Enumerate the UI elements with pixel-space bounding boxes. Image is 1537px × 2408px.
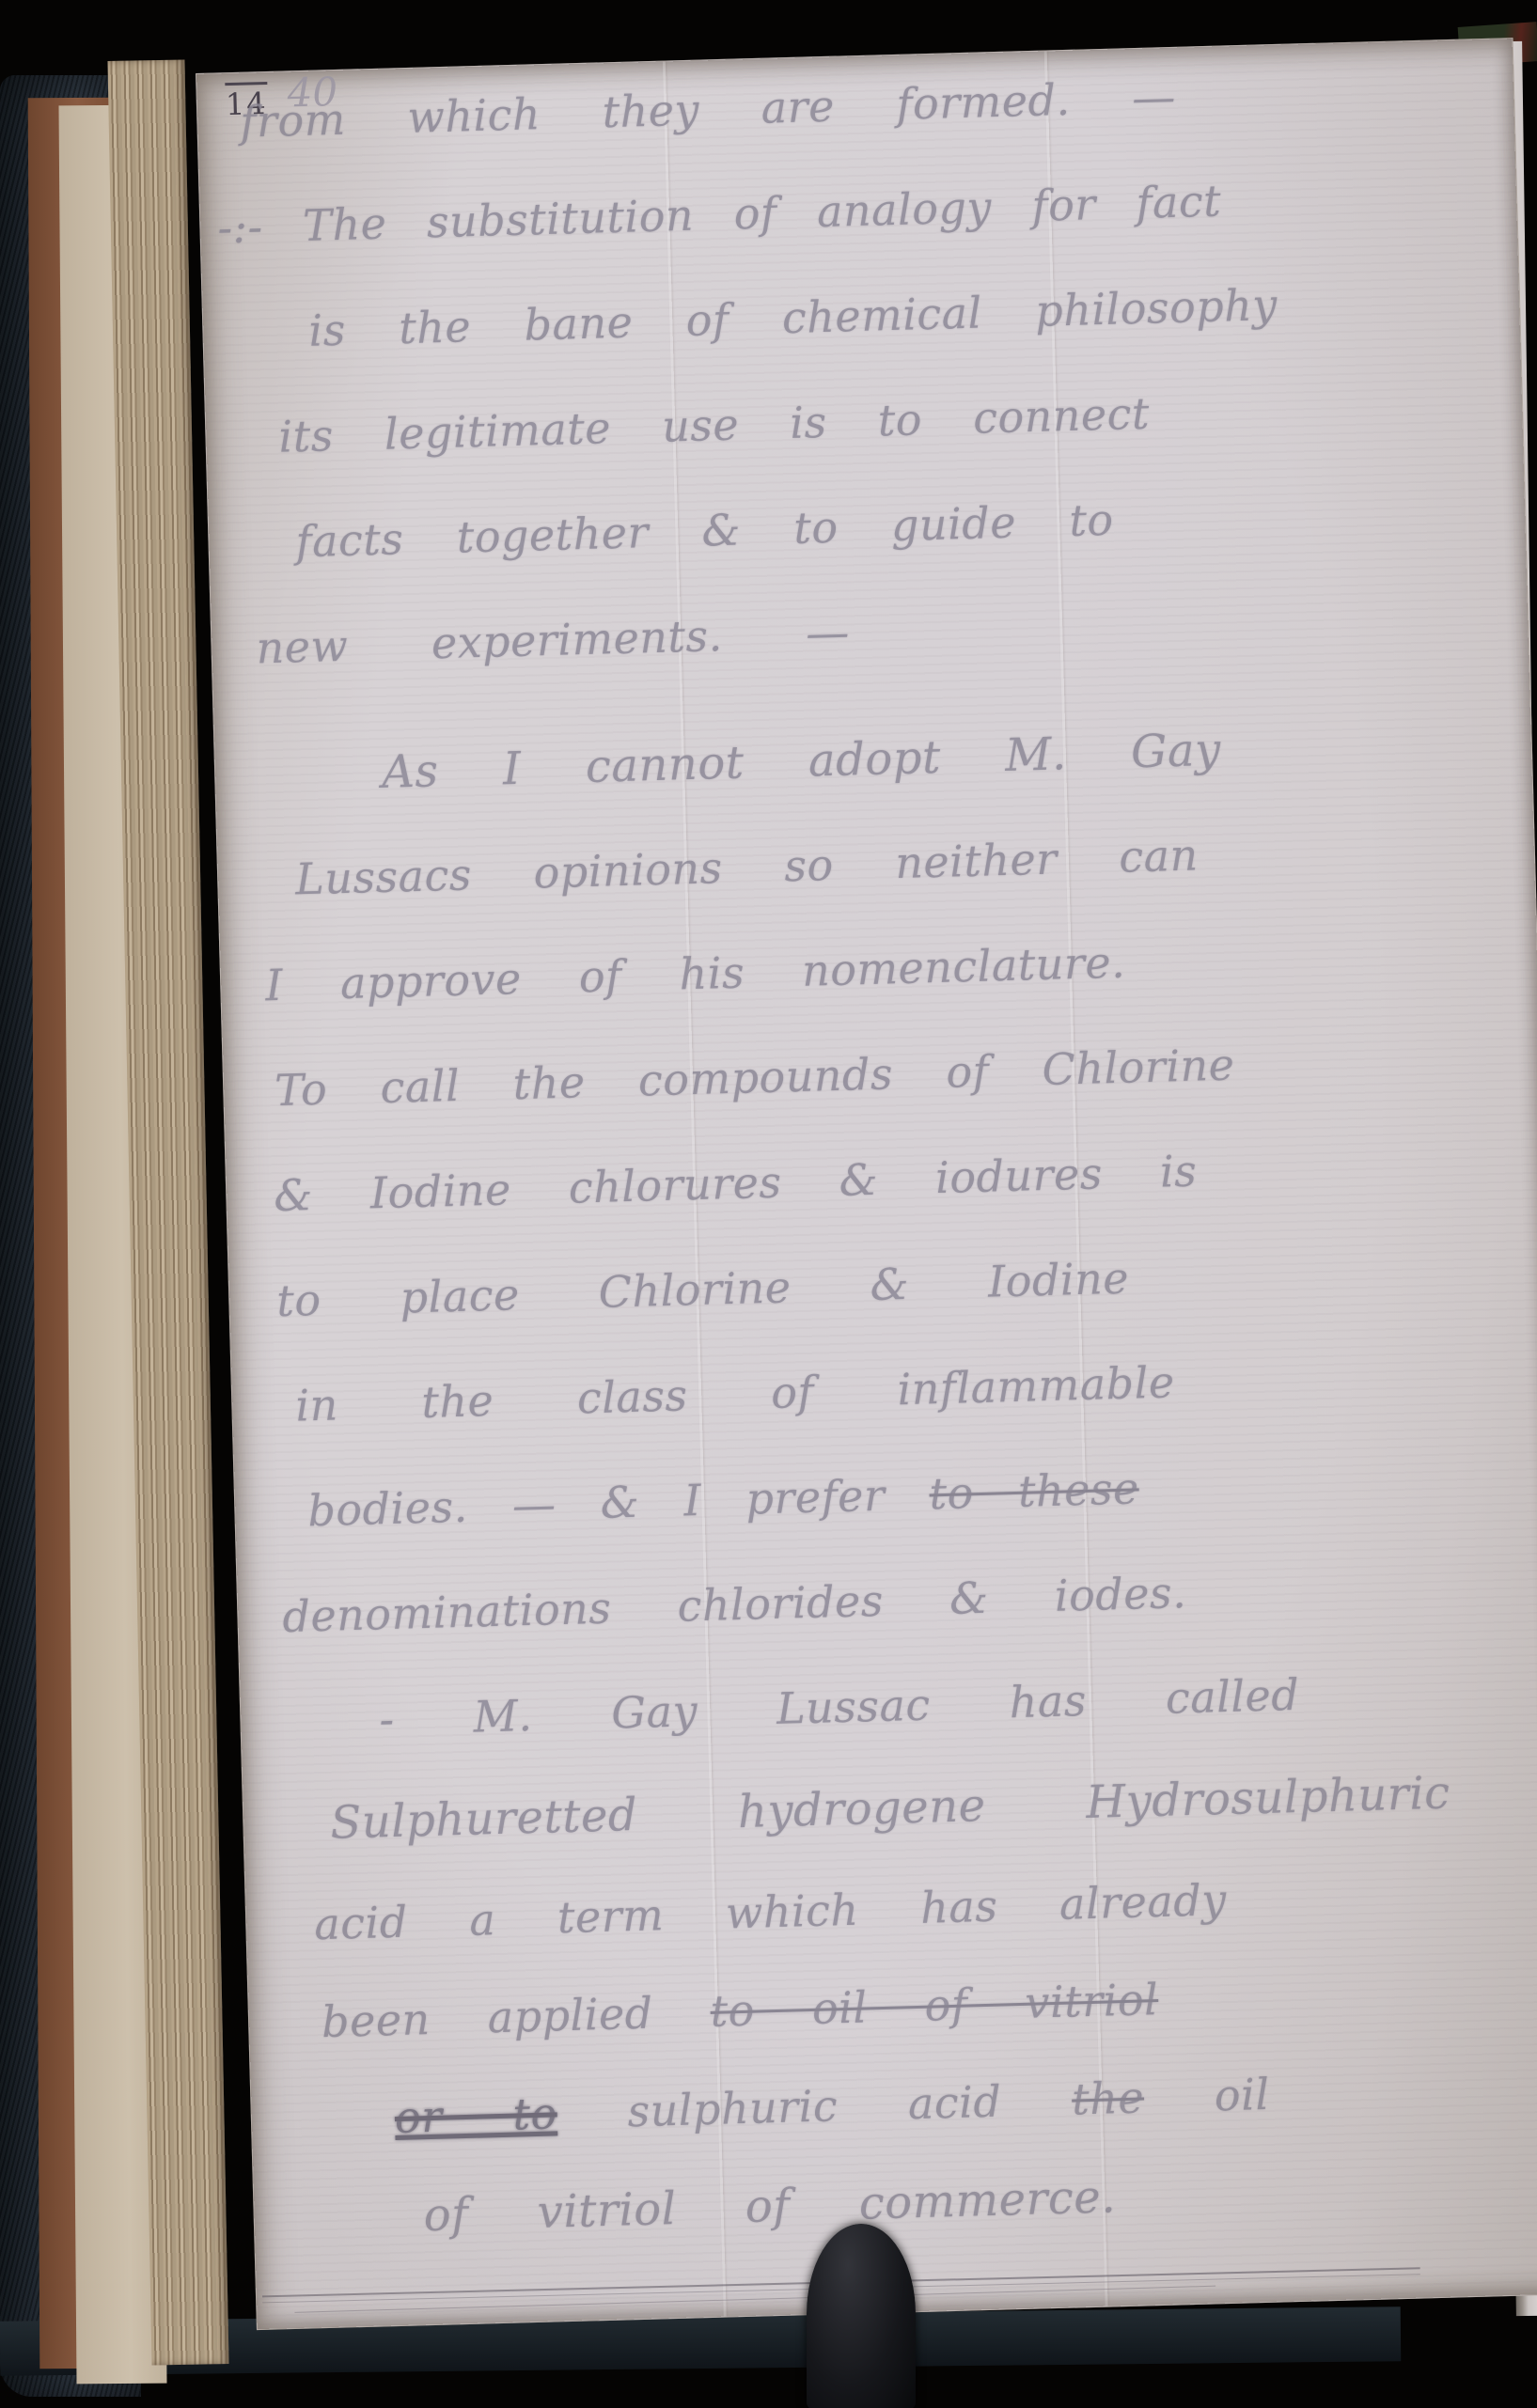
handwritten-text: As I cannot adopt M. Gay [381, 724, 1221, 799]
manuscript-text: from which they are formed. —-:- The sub… [196, 39, 1512, 74]
manuscript-line: to place Chlorine & Iodine [276, 1253, 1130, 1327]
manuscript-line: I approve of his nomenclature. [265, 937, 1126, 1011]
struck-handwritten-text: to oil of vitriol [710, 1974, 1159, 2037]
manuscript-line: been applied to oil of vitriol [321, 1974, 1158, 2047]
handwritten-text: is the bane of chemical philosophy [308, 279, 1278, 356]
handwritten-text: oil [1143, 2069, 1270, 2123]
manuscript-line: of vitriol of commerce. [423, 2170, 1117, 2242]
manuscript-line: Sulphuretted hydrogene Hydrosulphuric [330, 1767, 1451, 1850]
manuscript-line: or to sulphuric acid the oil [394, 2069, 1270, 2143]
manuscript-line: Lussacs opinions so neither can [295, 829, 1200, 904]
handwritten-text: its legitimate use is to connect [278, 388, 1151, 462]
handwritten-text: sulphuric acid [557, 2074, 1073, 2139]
manuscript-line: its legitimate use is to connect [278, 388, 1151, 462]
manuscript-photo: 14 40 from which they are formed. —-:- T… [0, 0, 1537, 2408]
handwritten-text: Lussacs opinions so neither can [295, 829, 1200, 904]
manuscript-line: -:- The substitution of analogy for fact [217, 176, 1222, 254]
manuscript-line: denominations chlorides & iodes. [282, 1567, 1187, 1642]
handwritten-text: of vitriol of commerce. [423, 2170, 1117, 2242]
manuscript-line: bodies. — & I prefer to these [307, 1462, 1140, 1536]
handwritten-text: - M. Gay Lussac has called [379, 1669, 1300, 1744]
handwritten-text: in the class of inflammable [295, 1356, 1176, 1431]
handwritten-text: Sulphuretted hydrogene Hydrosulphuric [330, 1767, 1451, 1850]
manuscript-line: - M. Gay Lussac has called [379, 1669, 1300, 1744]
handwritten-text: bodies. — & I prefer [307, 1468, 931, 1536]
handwritten-text: new experiments. — [256, 606, 851, 673]
handwritten-text: -:- The substitution of analogy for fact [217, 176, 1222, 254]
handwritten-text: I approve of his nomenclature. [265, 937, 1126, 1011]
handwritten-text: been applied [321, 1986, 711, 2047]
handwritten-text: to place Chlorine & Iodine [276, 1253, 1130, 1327]
manuscript-line: acid a term which has already [314, 1874, 1228, 1949]
struck-handwritten-text: to these [929, 1462, 1140, 1519]
handwritten-text: & Iodine chlorures & iodures is [274, 1146, 1198, 1222]
handwritten-text: facts together & to guide to [295, 494, 1115, 568]
handwritten-text: from which they are formed. — [240, 71, 1177, 148]
manuscript-line: & Iodine chlorures & iodures is [274, 1146, 1198, 1222]
manuscript-line: is the bane of chemical philosophy [308, 279, 1278, 356]
handwritten-text: acid a term which has already [314, 1874, 1228, 1949]
manuscript-line: new experiments. — [256, 606, 851, 673]
handwritten-text: denominations chlorides & iodes. [282, 1567, 1187, 1642]
manuscript-line: in the class of inflammable [295, 1356, 1176, 1431]
manuscript-line: To call the compounds of Chlorine [274, 1039, 1235, 1116]
struck-handwritten-text: the [1071, 2072, 1144, 2125]
manuscript-line: As I cannot adopt M. Gay [381, 724, 1221, 799]
handwritten-text: To call the compounds of Chlorine [274, 1039, 1235, 1116]
struck-handwritten-text: or to [394, 2087, 557, 2143]
manuscript-line: from which they are formed. — [240, 71, 1177, 148]
manuscript-line: facts together & to guide to [295, 494, 1115, 568]
manuscript-page: 14 40 from which they are formed. —-:- T… [196, 38, 1537, 2330]
gloved-thumb [807, 2224, 916, 2408]
